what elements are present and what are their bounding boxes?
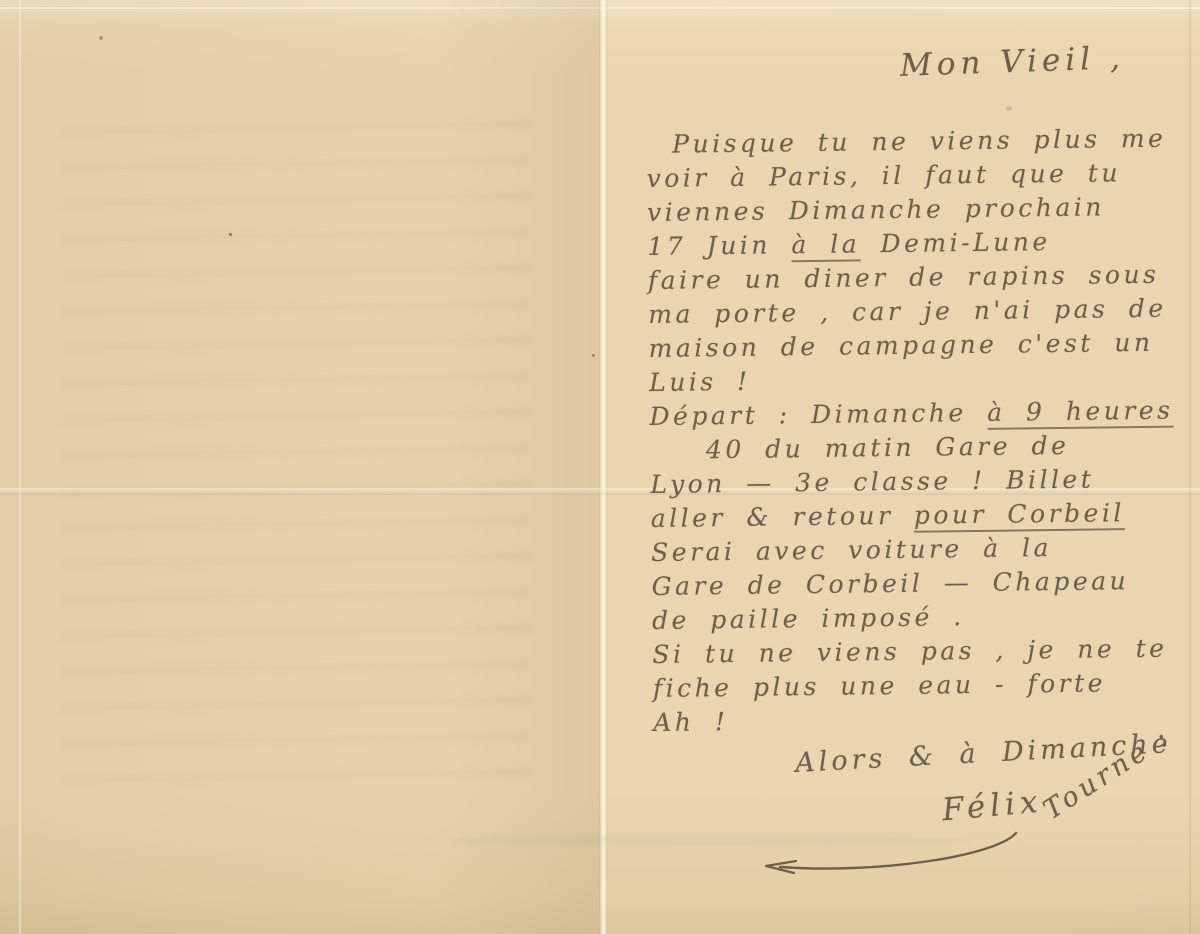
ink-show-through xyxy=(62,112,532,792)
signature-flourish xyxy=(750,826,1030,880)
line-text: Luis ! xyxy=(649,367,751,397)
underlined-text: pour Corbeil xyxy=(914,498,1125,533)
line-text: 40 du matin Gare de xyxy=(706,431,1070,464)
line-text: Serai avec voiture à la xyxy=(651,533,1052,567)
letter-line: aller & retour pour Corbeil xyxy=(651,495,1196,536)
letter-line: maison de campagne c'est un xyxy=(648,325,1193,366)
line-text: de paille imposé . xyxy=(652,602,965,635)
line-text: 17 Juin xyxy=(647,230,791,261)
letter-line: Si tu ne viens pas , je ne te xyxy=(652,631,1197,672)
left-page-blank xyxy=(0,0,600,934)
line-text: Demi-Lune xyxy=(860,227,1051,258)
letter-line: Départ : Dimanche à 9 heures xyxy=(649,393,1194,434)
line-text: Puisque tu ne viens plus me xyxy=(672,124,1167,159)
underlined-text: à la xyxy=(791,229,860,262)
line-text: Si tu ne viens pas , je ne te xyxy=(652,634,1167,669)
letter-line: voir à Paris, il faut que tu xyxy=(646,155,1191,196)
line-text: Ah ! xyxy=(653,707,729,737)
line-text: Départ : Dimanche xyxy=(649,398,987,431)
underlined-text: à 9 heures xyxy=(987,396,1174,430)
paper-speck xyxy=(592,354,595,357)
salutation: Mon Vieil , xyxy=(899,40,1125,84)
paper-speck xyxy=(229,233,232,236)
line-text: Gare de Corbeil — Chapeau xyxy=(651,566,1129,601)
paper-speck xyxy=(99,36,103,40)
line-text: fiche plus une eau - forte xyxy=(653,668,1106,703)
letter-line: Gare de Corbeil — Chapeau xyxy=(651,563,1196,604)
line-text: maison de campagne c'est un xyxy=(649,328,1154,363)
letter-body: Puisque tu ne viens plus me voir à Paris… xyxy=(646,121,1198,740)
letter-scan: Mon Vieil , Puisque tu ne viens plus me … xyxy=(0,0,1200,934)
line-text: ma porte , car je n'ai pas de xyxy=(648,294,1167,329)
line-text: Lyon — 3e classe ! Billet xyxy=(650,465,1094,499)
line-text: viennes Dimanche prochain xyxy=(647,192,1105,227)
line-text: aller & retour xyxy=(651,501,914,533)
line-text: voir à Paris, il faut que tu xyxy=(646,158,1121,193)
signature: Félix xyxy=(941,784,1044,829)
line-text: faire un diner de rapins sous xyxy=(648,260,1160,295)
right-page: Mon Vieil , Puisque tu ne viens plus me … xyxy=(600,0,1200,934)
